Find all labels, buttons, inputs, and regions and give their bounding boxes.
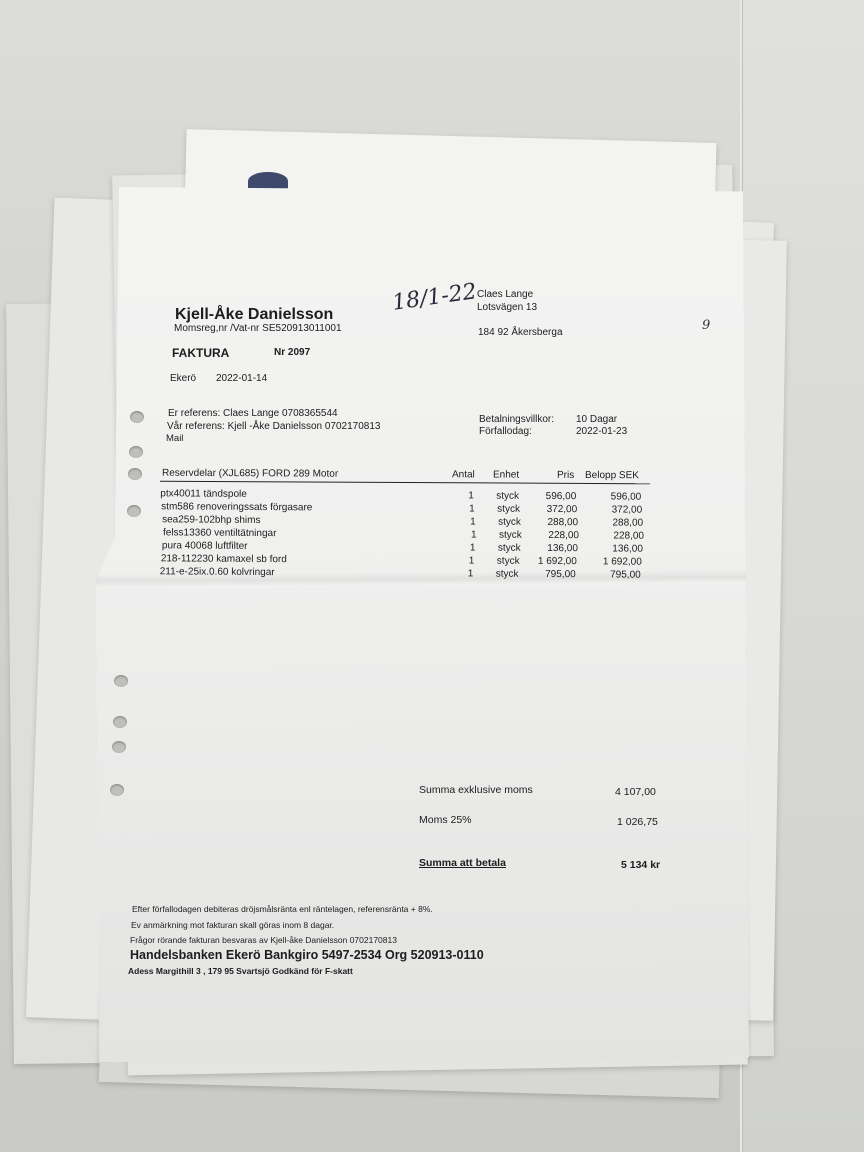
due-date-value: 2022-01-23 [576, 426, 627, 437]
item-quantity: 1 [470, 542, 476, 553]
header-unit: Enhet [493, 469, 519, 480]
item-amount: 1 692,00 [603, 556, 642, 567]
delivery-channel: Mail [166, 433, 183, 444]
punch-hole [128, 468, 142, 480]
items-table: ptx40011 tändspole1styck596,00596,00stm5… [158, 488, 654, 582]
item-amount: 372,00 [612, 504, 643, 515]
item-unit: styck [498, 543, 521, 554]
header-qty: Antal [452, 469, 475, 480]
document-type: FAKTURA [172, 346, 229, 360]
item-price: 228,00 [548, 530, 579, 541]
subtotal-label: Summa exklusive moms [419, 784, 533, 796]
payment-terms-label: Betalningsvillkor: [479, 414, 554, 425]
recipient-street: Lotsvägen 13 [477, 302, 537, 313]
item-description: ptx40011 tändspole [160, 488, 247, 500]
total-value: 5 134 kr [621, 859, 660, 871]
item-unit: styck [496, 491, 519, 502]
vat-value: 1 026,75 [617, 816, 658, 828]
item-unit: styck [497, 556, 520, 567]
subtotal-value: 4 107,00 [615, 786, 656, 798]
item-price: 372,00 [547, 504, 578, 515]
punch-hole [114, 675, 128, 687]
invoice-place: Ekerö [170, 373, 196, 384]
header-price: Pris [557, 470, 574, 481]
item-description: sea259-102bhp shims [162, 514, 260, 526]
item-price: 136,00 [547, 543, 578, 554]
item-quantity: 1 [468, 490, 474, 501]
item-quantity: 1 [469, 503, 475, 514]
item-description: 211-e-25ix.0.60 kolvringar [160, 566, 275, 578]
invoice-number: Nr 2097 [274, 347, 310, 358]
handwritten-mark: 9 [702, 318, 710, 333]
recipient-name: Claes Lange [477, 289, 533, 300]
item-quantity: 1 [468, 568, 474, 579]
punch-hole [112, 741, 126, 753]
item-description: stm586 renoveringssats förgasare [161, 501, 312, 513]
items-table-header: Reservdelar (XJL685) FORD 289 Motor Anta… [160, 466, 650, 485]
punch-hole [130, 411, 144, 423]
footer-questions-note: Frågor rörande fakturan besvaras av Kjel… [130, 935, 397, 945]
footer-address: Adess Margithill 3 , 179 95 Svartsjö God… [128, 966, 353, 976]
item-price: 795,00 [545, 569, 576, 580]
punch-hole [110, 784, 124, 796]
due-date-label: Förfallodag: [479, 426, 532, 437]
item-description: felss13360 ventiltätningar [163, 527, 276, 539]
vat-label: Moms 25% [419, 814, 472, 826]
punch-hole [129, 446, 143, 458]
item-unit: styck [497, 504, 520, 515]
customer-reference: Er referens: Claes Lange 0708365544 [168, 408, 338, 419]
item-quantity: 1 [470, 516, 476, 527]
punch-hole [127, 505, 141, 517]
item-price: 288,00 [547, 517, 578, 528]
item-amount: 596,00 [611, 491, 642, 502]
footer-interest-note: Efter förfallodagen debiteras dröjsmålsr… [132, 904, 433, 914]
item-unit: styck [499, 530, 522, 541]
payment-terms-value: 10 Dagar [576, 414, 617, 425]
item-description: 218-112230 kamaxel sb ford [161, 553, 287, 565]
table-title: Reservdelar (XJL685) FORD 289 Motor [162, 468, 338, 480]
footer-bank-info: Handelsbanken Ekerö Bankgiro 5497-2534 O… [130, 948, 484, 962]
item-amount: 228,00 [613, 530, 644, 541]
punch-hole [113, 716, 127, 728]
item-unit: styck [498, 517, 521, 528]
seller-vat: Momsreg,nr /Vat-nr SE520913011001 [174, 323, 342, 334]
item-quantity: 1 [469, 555, 475, 566]
total-label: Summa att betala [419, 857, 506, 869]
item-price: 1 692,00 [538, 556, 577, 567]
seller-reference: Vår referens: Kjell -Åke Danielsson 0702… [167, 421, 380, 432]
footer-remark-note: Ev anmärkning mot fakturan skall göras i… [131, 920, 334, 930]
item-unit: styck [496, 569, 519, 580]
item-quantity: 1 [471, 529, 477, 540]
seller-name: Kjell-Åke Danielsson [175, 306, 333, 324]
item-price: 596,00 [546, 491, 577, 502]
recipient-city: 184 92 Åkersberga [478, 327, 563, 338]
invoice-date: 2022-01-14 [216, 373, 267, 384]
logo-fragment [248, 172, 288, 190]
item-amount: 795,00 [610, 569, 641, 580]
item-amount: 288,00 [612, 517, 643, 528]
item-amount: 136,00 [612, 543, 643, 554]
header-amount: Belopp SEK [585, 470, 639, 481]
item-description: pura 40068 luftfilter [162, 540, 248, 552]
